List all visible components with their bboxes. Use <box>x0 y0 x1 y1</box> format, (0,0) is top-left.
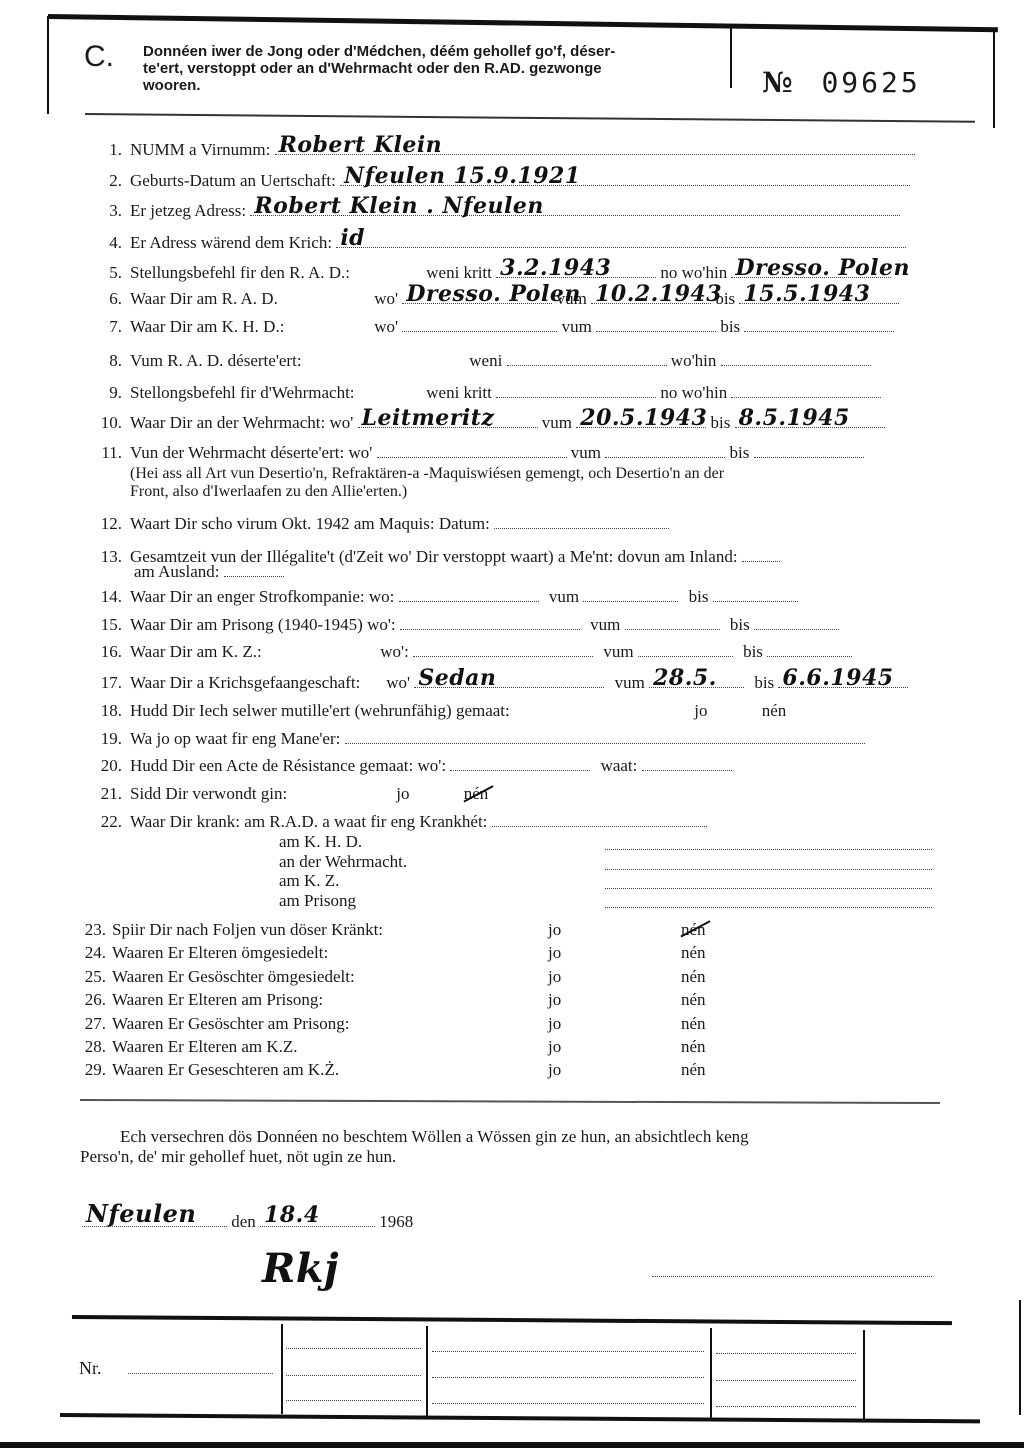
question-label: Waaren Er Elteren am K.Z. <box>112 1037 298 1056</box>
field-label: weni kritt <box>426 263 492 282</box>
question-label: Sidd Dir verwondt gin: <box>130 783 392 805</box>
wehrmacht-desert-where-field[interactable] <box>377 443 567 458</box>
right-edge-mark <box>1019 1300 1021 1415</box>
question-10: 10.Waar Dir an der Wehrmacht: wo' Leitme… <box>88 412 885 434</box>
footer-cell-field[interactable] <box>286 1375 421 1376</box>
field-label: wo': <box>380 642 409 661</box>
question-number: 6. <box>88 288 122 310</box>
question-6: 6.Waar Dir am R. A. D. wo' Dresso. Polen… <box>88 288 899 310</box>
footer-col-divider <box>710 1328 712 1419</box>
question-16: 16.Waar Dir am K. Z.: wo': vum bis <box>88 641 852 663</box>
question-number: 14. <box>88 586 122 608</box>
prison-where-field[interactable] <box>400 615 580 630</box>
field-label: vum <box>590 615 620 634</box>
yes-no-block: 23.Spiir Dir nach Foljen vun döser Kränk… <box>76 918 383 1082</box>
answer-no-option[interactable]: nén <box>681 965 706 988</box>
question-15: 15.Waar Dir am Prisong (1940-1945) wo': … <box>88 614 839 636</box>
signature-line[interactable] <box>652 1276 932 1277</box>
question-number: 15. <box>88 614 122 636</box>
footer-col-divider <box>281 1324 283 1414</box>
question-number: 24. <box>76 941 106 964</box>
mutilation-method-field[interactable] <box>345 729 865 744</box>
date-value: 18.4 <box>264 1202 320 1228</box>
note-line: Front, also d'Iwerlaafen zu den Allie'er… <box>130 483 724 501</box>
question-8: 8.Vum R. A. D. déserte'ert: weni wo'hin <box>88 350 871 372</box>
rad-where-field[interactable]: Dresso. Polen <box>402 289 552 304</box>
wehrmacht-where-value: Leitmeritz <box>362 407 495 429</box>
question-3: 3.Er jetzeg Adress: Robert Klein . Nfeul… <box>88 200 900 222</box>
rad-order-date-field[interactable]: 3.2.1943 <box>496 263 656 278</box>
footer-bottom-rule <box>60 1413 980 1423</box>
name-value: Robert Klein <box>279 134 443 156</box>
question-7: 7.Waar Dir am K. H. D.: wo' vum bis <box>88 316 894 338</box>
question-18: 18.Hudd Dir Iech selwer mutille'ert (weh… <box>88 700 786 722</box>
resistance-what-field[interactable] <box>642 756 732 771</box>
field-label: bis <box>730 615 750 634</box>
footer-cell-field[interactable] <box>286 1400 421 1401</box>
wehrmacht-order-date-field[interactable] <box>496 383 656 398</box>
field-label: bis <box>720 317 740 336</box>
rad-where-value: Dresso. Polen <box>406 283 581 305</box>
answer-no-option-crossed[interactable]: nén <box>464 783 489 805</box>
question-number: 18. <box>88 700 122 722</box>
declaration-line: Ech versechren dös Donnéen no beschtem W… <box>80 1127 940 1147</box>
pow-from-field[interactable]: 28.5. <box>649 673 744 688</box>
question-label: Waar Dir am Prisong (1940-1945) <box>130 615 363 634</box>
question-4: 4.Er Adress wärend dem Krich: id <box>88 232 906 254</box>
question-label: Vum R. A. D. déserte'ert: <box>130 350 465 372</box>
question-23: 23.Spiir Dir nach Foljen vun döser Kränk… <box>76 918 383 941</box>
answer-yes-option[interactable]: jo <box>548 1012 561 1035</box>
question-number: 25. <box>76 965 106 988</box>
answer-yes-option[interactable]: jo <box>548 965 561 988</box>
date-field[interactable]: 18.4 <box>260 1212 375 1227</box>
war-address-field[interactable]: id <box>336 233 906 248</box>
question-21: 21.Sidd Dir verwondt gin: jo nén <box>88 783 488 805</box>
footer-cell-field[interactable] <box>716 1353 856 1354</box>
question-label: Waaren Er Geseschteren am K.Ż. <box>112 1060 339 1079</box>
khd-from-field[interactable] <box>596 317 716 332</box>
answer-yes-option[interactable]: jo <box>396 784 409 803</box>
rad-desert-date-field[interactable] <box>507 351 667 366</box>
wehrmacht-from-value: 20.5.1943 <box>580 407 707 429</box>
field-label: wo': <box>367 615 396 634</box>
rad-from-value: 10.2.1943 <box>595 283 722 305</box>
question-number: 22. <box>88 811 122 833</box>
kz-to-field[interactable] <box>767 642 852 657</box>
wehrmacht-desert-to-field[interactable] <box>754 443 864 458</box>
question-22-sublist: am K. H. D. an der Wehrmacht. am K. Z. a… <box>279 832 407 910</box>
rad-to-field[interactable]: 15.5.1943 <box>739 289 899 304</box>
field-label: vum <box>562 317 592 336</box>
question-28: 28.Waaren Er Elteren am K.Z. jo nén <box>76 1035 383 1058</box>
question-number: 7. <box>88 316 122 338</box>
illness-sub-label: am K. Z. <box>279 871 407 891</box>
question-number: 29. <box>76 1058 106 1081</box>
field-label: vum <box>549 587 579 606</box>
question-number: 26. <box>76 988 106 1011</box>
field-label: bis <box>689 587 709 606</box>
illness-rad-field[interactable] <box>492 812 707 827</box>
question-number: 1. <box>88 139 122 161</box>
question-number: 23. <box>76 918 106 941</box>
answer-no-option[interactable]: nén <box>681 941 706 964</box>
question-label: Waar Dir an der Wehrmacht: <box>130 413 325 432</box>
answer-yes-option[interactable]: jo <box>694 701 707 720</box>
year-label: 1968 <box>379 1212 413 1231</box>
footer-cell-field[interactable] <box>716 1380 856 1381</box>
illness-sub-label: am K. H. D. <box>279 832 407 852</box>
question-26: 26.Waaren Er Elteren am Prisong: jo nén <box>76 988 383 1011</box>
current-address-value: Robert Klein . Nfeulen <box>254 195 543 217</box>
name-field[interactable]: Robert Klein <box>275 140 915 155</box>
question-label: Er jetzeg Adress: <box>130 201 246 220</box>
question-19: 19.Wa jo op waat fir eng Mane'er: <box>88 728 865 750</box>
field-label: wo' <box>374 317 398 336</box>
question-label: Hudd Dir Iech selwer mutille'ert (wehrun… <box>130 700 690 722</box>
field-label: vum <box>542 413 572 432</box>
pow-to-field[interactable]: 6.6.1945 <box>778 673 908 688</box>
question-number: 8. <box>88 350 122 372</box>
rad-order-destination-value: Dresso. Polen <box>735 257 910 279</box>
question-label: Hudd Dir een Acte de Résistance gemaat: <box>130 756 413 775</box>
declaration-text: Ech versechren dös Donnéen no beschtem W… <box>80 1127 940 1167</box>
answer-no-option[interactable]: nén <box>681 988 706 1011</box>
question-label: Er Adress wärend dem Krich: <box>130 233 332 252</box>
pow-where-field[interactable]: Sedan <box>414 673 604 688</box>
field-label: bis <box>743 642 763 661</box>
prison-to-field[interactable] <box>754 615 839 630</box>
footer-cell-field[interactable] <box>286 1348 421 1349</box>
rad-order-date-value: 3.2.1943 <box>500 257 611 279</box>
question-label: Wa jo op waat fir eng Mane'er: <box>130 729 340 748</box>
footer-col-divider <box>426 1326 428 1417</box>
question-number: 9. <box>88 382 122 404</box>
wehrmacht-to-value: 8.5.1945 <box>739 407 850 429</box>
question-label: Waar Dir krank: am R.A.D. a waat fir eng… <box>130 812 487 831</box>
wehrmacht-order-destination-field[interactable] <box>731 383 881 398</box>
question-label: Spiir Dir nach Foljen vun döser Kränkt: <box>112 920 383 939</box>
footer-cell-field[interactable] <box>432 1351 704 1352</box>
question-label: Geburts-Datum an Uertschaft: <box>130 171 336 190</box>
question-2: 2.Geburts-Datum an Uertschaft: Nfeulen 1… <box>88 170 910 192</box>
question-label: Waar Dir a Krichsgefaangeschaft: <box>130 672 382 694</box>
question-number: 2. <box>88 170 122 192</box>
answer-no-option[interactable]: nén <box>681 1012 706 1035</box>
place-value: Nfeulen <box>86 1199 196 1228</box>
maquis-date-field[interactable] <box>494 514 669 529</box>
pow-where-value: Sedan <box>418 667 496 689</box>
question-25: 25.Waaren Er Gesöschter ömgesiedelt: jo … <box>76 965 383 988</box>
pow-to-value: 6.6.1945 <box>782 667 893 689</box>
wehrmacht-desert-from-field[interactable] <box>605 443 725 458</box>
questions: 1.NUMM a Virnumm: Robert Klein 2.Geburts… <box>88 0 968 1100</box>
question-17: 17.Waar Dir a Krichsgefaangeschaft: wo' … <box>88 672 908 694</box>
kz-where-field[interactable] <box>413 642 593 657</box>
field-label: weni <box>469 351 502 370</box>
rad-desert-destination-field[interactable] <box>721 351 871 366</box>
footer-col-divider <box>863 1330 865 1421</box>
question-11: 11.Vun der Wehrmacht déserte'ert: wo' vu… <box>88 442 864 464</box>
right-border-rule <box>993 30 995 128</box>
wehrmacht-from-field[interactable]: 20.5.1943 <box>576 413 706 428</box>
question-29: 29.Waaren Er Geseschteren am K.Ż. jo nén <box>76 1058 383 1081</box>
declaration-line: Perso'n, de' mir gehollef huet, nöt ugin… <box>80 1147 940 1167</box>
penal-company-where-field[interactable] <box>399 587 539 602</box>
question-label: NUMM a Virnumm: <box>130 140 270 159</box>
rad-order-destination-field[interactable]: Dresso. Polen <box>731 263 891 278</box>
illegality-inland-field[interactable] <box>742 547 780 562</box>
note-line: (Hei ass all Art vun Desertio'n, Refrakt… <box>130 465 724 483</box>
question-12: 12.Waart Dir scho virum Okt. 1942 am Maq… <box>88 513 669 535</box>
place-field[interactable]: Nfeulen <box>82 1212 227 1227</box>
question-label: am Ausland: <box>134 562 219 581</box>
field-label: bis <box>730 443 750 462</box>
rad-to-value: 15.5.1943 <box>743 283 870 305</box>
kz-from-field[interactable] <box>638 642 733 657</box>
question-number: 5. <box>88 262 122 284</box>
question-number: 4. <box>88 232 122 254</box>
field-label: bis <box>711 413 731 432</box>
question-1: 1.NUMM a Virnumm: Robert Klein <box>88 139 915 161</box>
field-label: bis <box>754 673 774 692</box>
question-label: Stellongsbefehl fir d'Wehrmacht: <box>130 382 422 404</box>
question-label: Waar Dir am K. H. D.: <box>130 316 370 338</box>
prison-from-field[interactable] <box>625 615 720 630</box>
nr-field[interactable] <box>128 1373 273 1374</box>
answer-no-option-crossed[interactable]: nén <box>681 918 706 941</box>
answer-no-option[interactable]: nén <box>681 1058 706 1081</box>
question-number: 21. <box>88 783 122 805</box>
question-label: Waaren Er Gesöschter ömgesiedelt: <box>112 967 355 986</box>
footer-cell-field[interactable] <box>432 1403 704 1404</box>
wehrmacht-to-field[interactable]: 8.5.1945 <box>735 413 885 428</box>
question-number: 3. <box>88 200 122 222</box>
illness-kz-field[interactable] <box>605 888 932 889</box>
illness-wehrmacht-field[interactable] <box>605 869 932 870</box>
question-label: Waar Dir am K. Z.: <box>130 641 376 663</box>
signature-place-date: Nfeulen den 18.4 1968 <box>82 1212 413 1232</box>
question-label: Stellungsbefehl fir den R. A. D.: <box>130 262 422 284</box>
illegality-abroad-field[interactable] <box>224 562 284 577</box>
question-9: 9.Stellongsbefehl fir d'Wehrmacht: weni … <box>88 382 881 404</box>
answer-no-option[interactable]: nén <box>681 1035 706 1058</box>
question-label: Waaren Er Elteren am Prisong: <box>112 990 323 1009</box>
footer-nr-label: Nr. <box>79 1358 102 1379</box>
illness-khd-field[interactable] <box>605 849 932 850</box>
field-label: vum <box>615 673 645 692</box>
birth-field[interactable]: Nfeulen 15.9.1921 <box>340 171 910 186</box>
question-number: 27. <box>76 1012 106 1035</box>
footer-cell-field[interactable] <box>432 1377 704 1378</box>
answer-yes-option[interactable]: jo <box>548 1058 561 1081</box>
page-bottom-rule <box>0 1442 1024 1448</box>
question-number: 13. <box>88 546 122 568</box>
answer-no-option[interactable]: nén <box>762 701 787 720</box>
field-label: no wo'hin <box>660 383 727 402</box>
field-label: weni kritt <box>426 383 492 402</box>
field-label: vum <box>571 443 601 462</box>
field-label: wo' <box>329 413 353 432</box>
question-20: 20.Hudd Dir een Acte de Résistance gemaa… <box>88 755 732 777</box>
question-label: Waar Dir an enger Strofkompanie: <box>130 587 365 606</box>
field-label: wo: <box>369 587 395 606</box>
current-address-field[interactable]: Robert Klein . Nfeulen <box>250 201 900 216</box>
question-number: 28. <box>76 1035 106 1058</box>
illness-sub-label: am Prisong <box>279 891 407 911</box>
question-number: 20. <box>88 755 122 777</box>
illness-prison-field[interactable] <box>605 907 932 908</box>
answer-yes-option[interactable]: jo <box>548 1035 561 1058</box>
answer-yes-option[interactable]: jo <box>548 988 561 1011</box>
left-border-rule <box>47 16 49 114</box>
field-label: wo' <box>348 443 372 462</box>
question-label: Waart Dir scho virum Okt. 1942 am Maquis… <box>130 514 490 533</box>
field-label: wo': <box>417 756 446 775</box>
pow-from-value: 28.5. <box>653 667 717 689</box>
wehrmacht-where-field[interactable]: Leitmeritz <box>358 413 538 428</box>
question-label: Waaren Er Elteren ömgesiedelt: <box>112 943 328 962</box>
answer-yes-option[interactable]: jo <box>548 941 561 964</box>
khd-where-field[interactable] <box>402 317 557 332</box>
field-label: waat: <box>601 756 638 775</box>
question-14: 14.Waar Dir an enger Strofkompanie: wo: … <box>88 586 798 608</box>
question-label: Waaren Er Gesöschter am Prisong: <box>112 1014 350 1033</box>
question-13-abroad: am Ausland: <box>134 561 284 583</box>
signature-initials: Rkj <box>262 1245 339 1292</box>
field-label: wo' <box>386 673 410 692</box>
answer-yes-option[interactable]: jo <box>548 918 561 941</box>
question-number: 10. <box>88 412 122 434</box>
question-number: 16. <box>88 641 122 663</box>
field-label: wo' <box>374 289 398 308</box>
penal-company-from-field[interactable] <box>583 587 678 602</box>
field-label: no wo'hin <box>660 263 727 282</box>
footer-cell-field[interactable] <box>716 1406 856 1407</box>
illness-sub-label: an der Wehrmacht. <box>279 852 407 872</box>
penal-company-to-field[interactable] <box>713 587 798 602</box>
question-number: 19. <box>88 728 122 750</box>
question-label: Waar Dir am R. A. D. <box>130 288 370 310</box>
field-label: wo'hin <box>671 351 717 370</box>
field-label: vum <box>603 642 633 661</box>
resistance-where-field[interactable] <box>450 756 590 771</box>
question-label: Vun der Wehrmacht déserte'ert: <box>130 443 344 462</box>
birth-value: Nfeulen 15.9.1921 <box>344 165 581 187</box>
rad-from-field[interactable]: 10.2.1943 <box>591 289 711 304</box>
war-address-value: id <box>340 227 365 249</box>
question-27: 27.Waaren Er Gesöschter am Prisong: jo n… <box>76 1012 383 1035</box>
question-22: 22.Waar Dir krank: am R.A.D. a waat fir … <box>88 811 707 833</box>
question-24: 24.Waaren Er Elteren ömgesiedelt: jo nén <box>76 941 383 964</box>
khd-to-field[interactable] <box>744 317 894 332</box>
footer-top-rule <box>72 1315 952 1325</box>
question-number: 12. <box>88 513 122 535</box>
question-number: 11. <box>88 442 122 464</box>
question-11-note: (Hei ass all Art vun Desertio'n, Refrakt… <box>130 465 724 501</box>
den-label: den <box>231 1212 256 1231</box>
question-number: 17. <box>88 672 122 694</box>
